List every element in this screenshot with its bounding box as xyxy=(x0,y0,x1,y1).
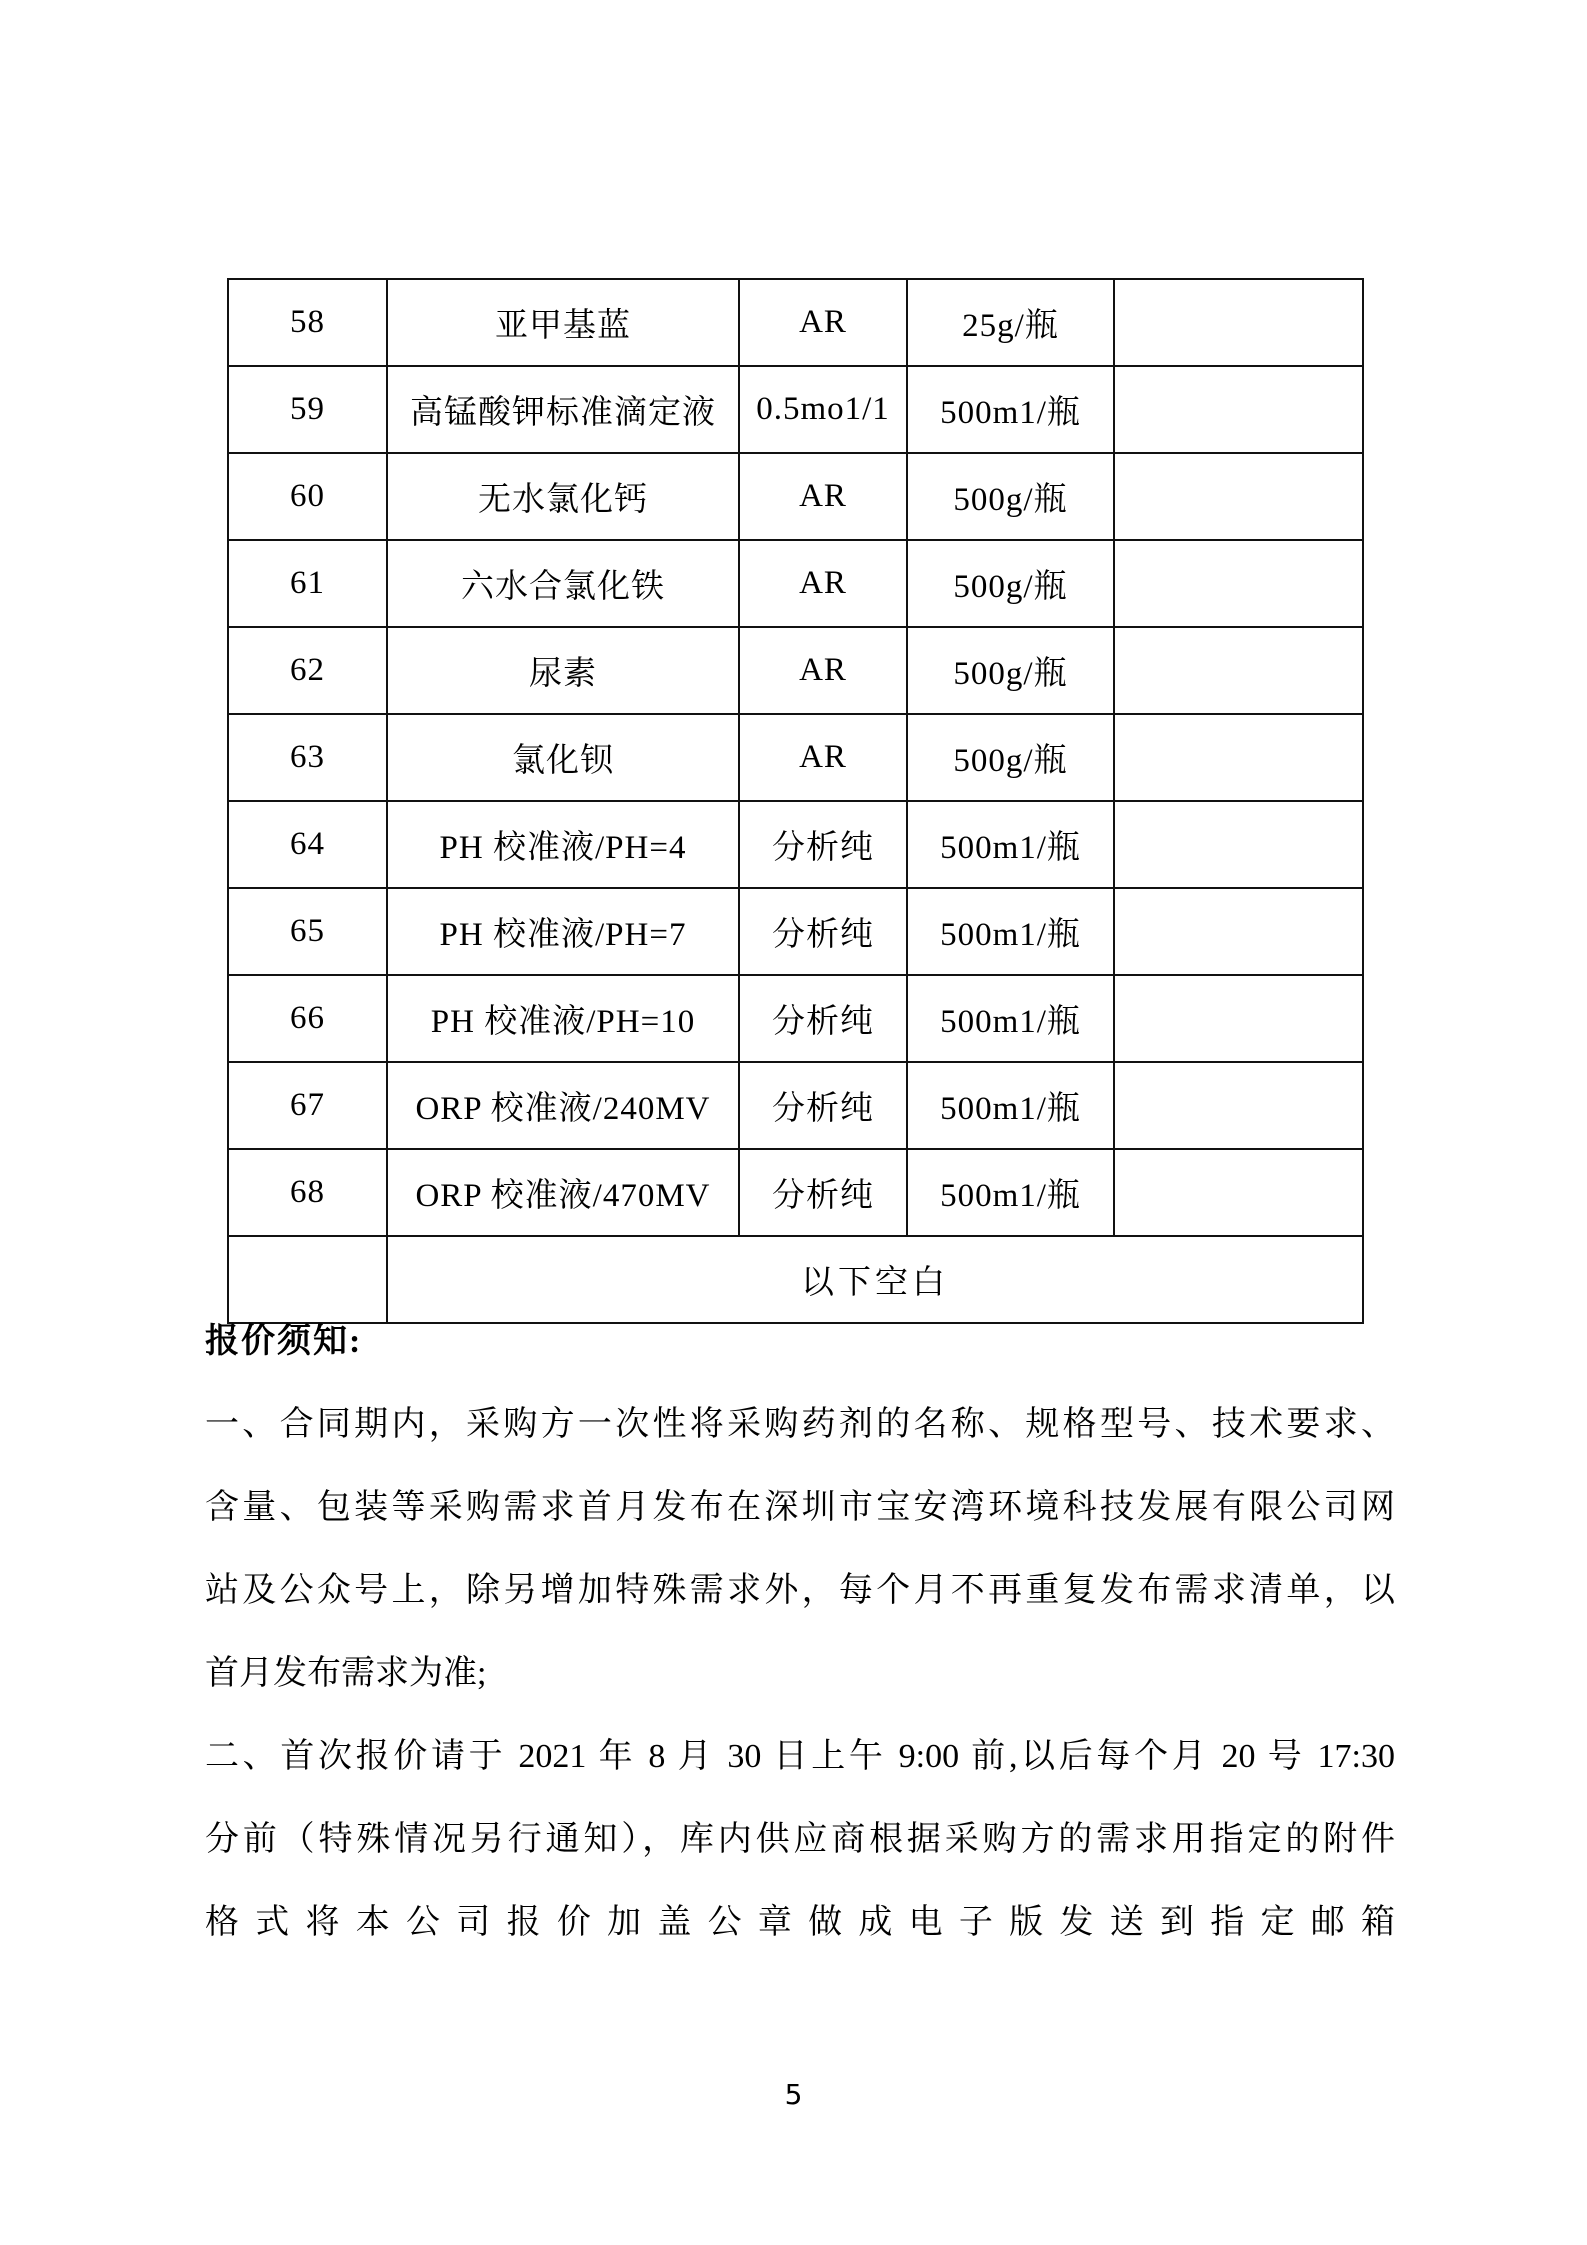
item-no-cell: 60 xyxy=(228,453,387,540)
item-price-cell xyxy=(1114,714,1363,801)
notes-line-2: 含量、包装等采购需求首月发布在深圳市宝安湾环境科技发展有限公司网 xyxy=(205,1466,1395,1549)
item-price-cell xyxy=(1114,888,1363,975)
item-spec-cell: AR xyxy=(739,627,907,714)
item-pack-cell: 500m1/瓶 xyxy=(907,888,1114,975)
item-no-cell: 66 xyxy=(228,975,387,1062)
notes-line-7: 格式将本公司报价加盖公章做成电子版发送到指定邮箱 xyxy=(205,1881,1395,1964)
item-price-cell xyxy=(1114,1062,1363,1149)
item-price-cell xyxy=(1114,1149,1363,1236)
item-name-cell: ORP 校准液/240MV xyxy=(387,1062,739,1149)
item-price-cell xyxy=(1114,540,1363,627)
table-row: 64 PH 校准液/PH=4 分析纯 500m1/瓶 xyxy=(228,801,1363,888)
item-pack-cell: 500g/瓶 xyxy=(907,627,1114,714)
table-row: 63 氯化钡 AR 500g/瓶 xyxy=(228,714,1363,801)
item-price-cell xyxy=(1114,975,1363,1062)
item-name-cell: 高锰酸钾标准滴定液 xyxy=(387,366,739,453)
item-spec-cell: 0.5mo1/1 xyxy=(739,366,907,453)
item-no-cell: 62 xyxy=(228,627,387,714)
notes-line-4: 首月发布需求为准; xyxy=(205,1632,1395,1715)
item-name-cell: 尿素 xyxy=(387,627,739,714)
item-no-cell: 63 xyxy=(228,714,387,801)
item-pack-cell: 500g/瓶 xyxy=(907,540,1114,627)
item-spec-cell: AR xyxy=(739,279,907,366)
item-name-cell: PH 校准液/PH=7 xyxy=(387,888,739,975)
item-pack-cell: 500m1/瓶 xyxy=(907,366,1114,453)
item-name-cell: 六水合氯化铁 xyxy=(387,540,739,627)
item-price-cell xyxy=(1114,279,1363,366)
item-no-cell: 65 xyxy=(228,888,387,975)
table-row: 62 尿素 AR 500g/瓶 xyxy=(228,627,1363,714)
item-spec-cell: AR xyxy=(739,540,907,627)
table-row: 60 无水氯化钙 AR 500g/瓶 xyxy=(228,453,1363,540)
quotation-notes: 报价须知: 一、合同期内，采购方一次性将采购药剂的名称、规格型号、技术要求、 含… xyxy=(205,1300,1395,1964)
item-name-cell: 亚甲基蓝 xyxy=(387,279,739,366)
table-row: 68 ORP 校准液/470MV 分析纯 500m1/瓶 xyxy=(228,1149,1363,1236)
item-pack-cell: 500m1/瓶 xyxy=(907,1149,1114,1236)
item-spec-cell: AR xyxy=(739,714,907,801)
item-price-cell xyxy=(1114,453,1363,540)
document-page: 58 亚甲基蓝 AR 25g/瓶 59 高锰酸钾标准滴定液 0.5mo1/1 5… xyxy=(0,0,1587,2245)
item-price-cell xyxy=(1114,801,1363,888)
page-number: 5 xyxy=(0,2078,1587,2111)
notes-heading: 报价须知: xyxy=(205,1300,1395,1383)
item-spec-cell: 分析纯 xyxy=(739,888,907,975)
notes-line-6: 分前（特殊情况另行通知），库内供应商根据采购方的需求用指定的附件 xyxy=(205,1798,1395,1881)
notes-line-1: 一、合同期内，采购方一次性将采购药剂的名称、规格型号、技术要求、 xyxy=(205,1383,1395,1466)
item-spec-cell: 分析纯 xyxy=(739,975,907,1062)
table-row: 66 PH 校准液/PH=10 分析纯 500m1/瓶 xyxy=(228,975,1363,1062)
item-no-cell: 61 xyxy=(228,540,387,627)
item-spec-cell: 分析纯 xyxy=(739,1062,907,1149)
item-pack-cell: 500g/瓶 xyxy=(907,714,1114,801)
chemicals-table: 58 亚甲基蓝 AR 25g/瓶 59 高锰酸钾标准滴定液 0.5mo1/1 5… xyxy=(227,278,1364,1324)
item-spec-cell: AR xyxy=(739,453,907,540)
table-row: 59 高锰酸钾标准滴定液 0.5mo1/1 500m1/瓶 xyxy=(228,366,1363,453)
item-name-cell: 无水氯化钙 xyxy=(387,453,739,540)
notes-line-3: 站及公众号上，除另增加特殊需求外，每个月不再重复发布需求清单，以 xyxy=(205,1549,1395,1632)
item-spec-cell: 分析纯 xyxy=(739,801,907,888)
item-pack-cell: 25g/瓶 xyxy=(907,279,1114,366)
item-price-cell xyxy=(1114,627,1363,714)
table-row: 61 六水合氯化铁 AR 500g/瓶 xyxy=(228,540,1363,627)
item-no-cell: 59 xyxy=(228,366,387,453)
item-spec-cell: 分析纯 xyxy=(739,1149,907,1236)
item-no-cell: 68 xyxy=(228,1149,387,1236)
table-row: 58 亚甲基蓝 AR 25g/瓶 xyxy=(228,279,1363,366)
item-pack-cell: 500m1/瓶 xyxy=(907,801,1114,888)
item-name-cell: PH 校准液/PH=4 xyxy=(387,801,739,888)
item-no-cell: 67 xyxy=(228,1062,387,1149)
notes-line-5: 二、首次报价请于 2021 年 8 月 30 日上午 9:00 前,以后每个月 … xyxy=(205,1715,1395,1798)
item-no-cell: 64 xyxy=(228,801,387,888)
table-row: 65 PH 校准液/PH=7 分析纯 500m1/瓶 xyxy=(228,888,1363,975)
item-price-cell xyxy=(1114,366,1363,453)
table-row: 67 ORP 校准液/240MV 分析纯 500m1/瓶 xyxy=(228,1062,1363,1149)
item-name-cell: ORP 校准液/470MV xyxy=(387,1149,739,1236)
item-pack-cell: 500g/瓶 xyxy=(907,453,1114,540)
item-pack-cell: 500m1/瓶 xyxy=(907,1062,1114,1149)
item-name-cell: 氯化钡 xyxy=(387,714,739,801)
item-no-cell: 58 xyxy=(228,279,387,366)
item-name-cell: PH 校准液/PH=10 xyxy=(387,975,739,1062)
item-pack-cell: 500m1/瓶 xyxy=(907,975,1114,1062)
